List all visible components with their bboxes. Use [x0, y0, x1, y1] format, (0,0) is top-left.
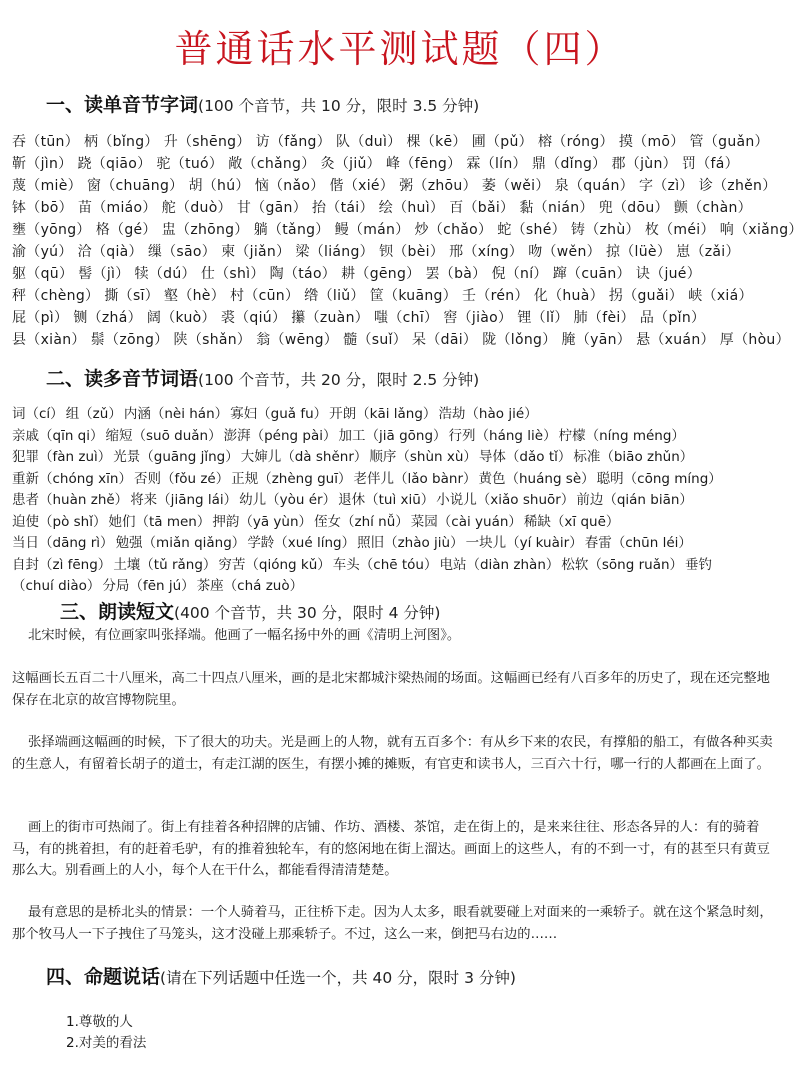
word-item: 肺（fèi） [574, 310, 635, 326]
word-item: 撕（sī） [104, 288, 159, 304]
topic-list: 1.尊敬的人 2.对美的看法 [66, 1012, 146, 1054]
word-item: 陶（táo） [270, 266, 336, 282]
word-row: 当日（dāng rì）勉强（miǎn qiǎng）学龄（xué líng）照旧（… [12, 533, 800, 555]
word-item: 甘（gān） [237, 200, 307, 216]
word-item: 腌（yān） [562, 332, 632, 348]
word-item: 鬃（zōng） [91, 332, 169, 348]
word-item: 大婶儿（dà shěnr） [241, 449, 368, 465]
word-item: 澎湃（péng pài） [224, 428, 337, 444]
passage: 画上的街市可热闹了。街上有挂着各种招牌的店铺、作坊、酒楼、茶馆，走在街上的，是来… [12, 817, 782, 882]
word-item: 胡（hú） [188, 178, 249, 194]
word-item: 队（duì） [336, 134, 401, 150]
word-item: 圃（pǔ） [472, 134, 533, 150]
word-row: 躯（qū）髻（jì）犊（dú）仕（shì）陶（táo）耕（gēng）罢（bà）倪… [12, 263, 800, 285]
word-item: 翁（wēng） [256, 332, 338, 348]
word-item: 穷苦（qióng kǔ） [218, 557, 330, 573]
page-title: 普通话水平测试题（四） [0, 18, 800, 73]
word-item: 罚（fá） [682, 156, 739, 172]
word-item: 屁（pì） [12, 310, 68, 326]
word-item: 鼎（dǐng） [532, 156, 607, 172]
word-item: 窖（jiào） [443, 310, 512, 326]
section1-subtitle: (100 个音节，共 10 分，限时 3.5 分钟) [198, 97, 479, 115]
word-item: 寡妇（guǎ fu） [230, 406, 327, 422]
word-item: 霖（lín） [466, 156, 526, 172]
word-item: 峰（fēng） [386, 156, 461, 172]
word-item: 呆（dāi） [412, 332, 477, 348]
word-item: 松软（sōng ruǎn） [561, 557, 683, 573]
passage-paragraph: 北宋时候，有位画家叫张择端。他画了一幅名扬中外的画《清明上河图》。 [12, 625, 782, 647]
word-item: 标准（biāo zhǔn） [573, 449, 693, 465]
word-item: 导体（dǎo tǐ） [479, 449, 571, 465]
word-item: 老伴儿（lǎo bànr） [353, 471, 476, 487]
word-item: 渝（yú） [12, 244, 73, 260]
word-item: 掠（lüè） [606, 244, 671, 260]
word-item: 攥（zuàn） [291, 310, 369, 326]
word-item: 邢（xíng） [449, 244, 523, 260]
word-item: 黄色（huáng sè） [479, 471, 595, 487]
word-item: 正规（zhèng guī） [231, 471, 351, 487]
word-item: 仕（shì） [201, 266, 265, 282]
word-item: 崽（zǎi） [676, 244, 740, 260]
word-item: 缩短（suō duǎn） [106, 428, 222, 444]
word-item: 加工（jiā gōng） [339, 428, 447, 444]
word-item: 陇（lǒng） [482, 332, 556, 348]
word-item: 钵（bō） [12, 200, 73, 216]
word-item: 勉强（miǎn qiǎng） [116, 535, 246, 551]
word-item: 绺（liǔ） [304, 288, 364, 304]
word-item: 壬（rén） [462, 288, 529, 304]
word-item: 柬（jiǎn） [221, 244, 290, 260]
word-item: 吻（wěn） [528, 244, 601, 260]
word-row: 重新（chóng xīn）否则（fǒu zé）正规（zhèng guī）老伴儿（… [12, 469, 800, 491]
section1-heading: 一、读单音节字词(100 个音节，共 10 分，限时 3.5 分钟) [46, 90, 479, 117]
word-item: 鳗（mán） [335, 222, 410, 238]
word-item: 萎（wěi） [482, 178, 550, 194]
word-row: 靳（jìn）跷（qiāo）驼（tuó）敞（chǎng）灸（jiǔ）峰（fēng）… [12, 153, 800, 175]
word-row: 壅（yōng）格（gé）盅（zhōng）躺（tǎng）鳗（mán）炒（chǎo）… [12, 219, 800, 241]
word-row: 患者（huàn zhě）将来（jiāng lái）幼儿（yòu ér）退休（tu… [12, 490, 800, 512]
word-item: 锂（lǐ） [517, 310, 568, 326]
section2-word-grid: 词（cí）组（zǔ）内涵（nèi hán）寡妇（guǎ fu）开朗（kāi lǎ… [12, 404, 800, 598]
section2-title: 二、读多音节词语 [46, 368, 198, 390]
word-item: 将来（jiāng lái） [130, 492, 237, 508]
word-item: 枚（méi） [645, 222, 715, 238]
word-item: 格（gé） [96, 222, 157, 238]
passage-paragraph: 画上的街市可热闹了。街上有挂着各种招牌的店铺、作坊、酒楼、茶馆，走在街上的，是来… [12, 817, 782, 882]
word-item: 粥（zhōu） [399, 178, 477, 194]
section2-heading: 二、读多音节词语(100 个音节，共 20 分，限时 2.5 分钟) [46, 364, 479, 391]
word-item: 灸（jiǔ） [321, 156, 381, 172]
word-item: 一块儿（yí kuàir） [466, 535, 583, 551]
word-item: 榕（róng） [538, 134, 614, 150]
word-item: 柄（bǐng） [84, 134, 159, 150]
word-item: 吞（tūn） [12, 134, 79, 150]
word-item: 车头（chē tóu） [333, 557, 438, 573]
word-item: 学龄（xué líng） [247, 535, 355, 551]
word-row: 秤（chèng）撕（sī）壑（hè）村（cūn）绺（liǔ）筐（kuāng）壬（… [12, 285, 800, 307]
word-item: （chuí diào） [12, 578, 100, 594]
passage-paragraph: 最有意思的是桥北头的情景：一个人骑着马，正往桥下走。因为人太多，眼看就要碰上对面… [12, 902, 782, 945]
word-item: 浩劫（hào jié） [438, 406, 537, 422]
word-row: 蔑（miè）窗（chuāng）胡（hú）恼（nǎo）偕（xié）粥（zhōu）萎… [12, 175, 800, 197]
word-item: 蛇（shé） [497, 222, 566, 238]
word-item: 耕（gēng） [341, 266, 420, 282]
word-item: 小说儿（xiǎo shuōr） [436, 492, 574, 508]
word-item: 春雷（chūn léi） [585, 535, 692, 551]
passage: 这幅画长五百二十八厘米，高二十四点八厘米，画的是北宋都城汴梁热闹的场面。这幅画已… [12, 668, 782, 711]
word-item: 厚（hòu） [720, 332, 790, 348]
word-item: 聪明（cōng míng） [597, 471, 722, 487]
word-item: 她们（tā men） [108, 514, 210, 530]
word-item: 壅（yōng） [12, 222, 91, 238]
word-item: 品（pǐn） [640, 310, 705, 326]
section2-subtitle: (100 个音节，共 20 分，限时 2.5 分钟) [198, 371, 479, 389]
word-item: 跷（qiāo） [77, 156, 151, 172]
section4-title: 四、命题说话 [46, 966, 160, 988]
word-item: 钡（bèi） [379, 244, 444, 260]
word-item: 倪（ní） [491, 266, 547, 282]
word-item: 秤（chèng） [12, 288, 99, 304]
word-item: 土壤（tǔ rǎng） [113, 557, 216, 573]
word-item: 内涵（nèi hán） [124, 406, 228, 422]
word-item: 偕（xié） [330, 178, 395, 194]
topic-item: 2.对美的看法 [66, 1033, 146, 1054]
word-row: 自封（zì fēng）土壤（tǔ rǎng）穷苦（qióng kǔ）车头（chē… [12, 555, 800, 577]
word-item: 光景（guāng jǐng） [113, 449, 238, 465]
word-item: 百（bǎi） [449, 200, 514, 216]
word-item: 敞（chǎng） [228, 156, 315, 172]
word-item: 升（shēng） [164, 134, 251, 150]
word-item: 峡（xiá） [688, 288, 753, 304]
word-item: 黏（nián） [519, 200, 593, 216]
word-row: 渝（yú）洽（qià）缫（sāo）柬（jiǎn）梁（liáng）钡（bèi）邢（… [12, 241, 800, 263]
section4-subtitle: (请在下列话题中任选一个，共 40 分，限时 3 分钟) [160, 969, 516, 987]
word-item: 髓（suǐ） [343, 332, 407, 348]
word-item: 化（huà） [534, 288, 604, 304]
word-item: 患者（huàn zhě） [12, 492, 128, 508]
passage: 最有意思的是桥北头的情景：一个人骑着马，正往桥下走。因为人太多，眼看就要碰上对面… [12, 902, 782, 945]
word-item: 村（cūn） [230, 288, 299, 304]
word-item: 访（fǎng） [256, 134, 331, 150]
word-item: 兜（dōu） [599, 200, 669, 216]
word-item: 舵（duò） [162, 200, 232, 216]
topic-item: 1.尊敬的人 [66, 1012, 146, 1033]
word-item: 靳（jìn） [12, 156, 72, 172]
word-item: 缫（sāo） [148, 244, 216, 260]
word-item: 诊（zhěn） [699, 178, 777, 194]
word-item: 管（guǎn） [690, 134, 769, 150]
word-item: 陕（shǎn） [174, 332, 252, 348]
word-item: 窗（chuāng） [87, 178, 183, 194]
section1-title: 一、读单音节字词 [46, 94, 198, 116]
word-row: 吞（tūn）柄（bǐng）升（shēng）访（fǎng）队（duì）棵（kē）圃… [12, 131, 800, 153]
word-item: 苗（miáo） [78, 200, 157, 216]
word-item: 盅（zhōng） [162, 222, 249, 238]
word-item: 绘（huì） [379, 200, 444, 216]
word-item: 词（cí） [12, 406, 64, 422]
word-item: 蔑（miè） [12, 178, 82, 194]
word-item: 洽（qià） [78, 244, 143, 260]
word-item: 当日（dāng rì） [12, 535, 114, 551]
word-item: 抬（tái） [312, 200, 374, 216]
word-item: 分局（fēn jú） [102, 578, 194, 594]
word-row: 钵（bō）苗（miáo）舵（duò）甘（gān）抬（tái）绘（huì）百（bǎ… [12, 197, 800, 219]
word-item: 前边（qián biān） [576, 492, 693, 508]
passage-paragraph: 这幅画长五百二十八厘米，高二十四点八厘米，画的是北宋都城汴梁热闹的场面。这幅画已… [12, 668, 782, 711]
word-item: 字（zì） [639, 178, 694, 194]
passage: 北宋时候，有位画家叫张择端。他画了一幅名扬中外的画《清明上河图》。 [12, 625, 782, 647]
word-item: 悬（xuán） [636, 332, 715, 348]
word-item: 押韵（yā yùn） [212, 514, 312, 530]
word-item: 棵（kē） [406, 134, 466, 150]
word-item: 诀（jué） [636, 266, 701, 282]
word-item: 开朗（kāi lǎng） [329, 406, 436, 422]
word-item: 躺（tǎng） [254, 222, 330, 238]
word-item: 嗤（chī） [374, 310, 438, 326]
word-row: 词（cí）组（zǔ）内涵（nèi hán）寡妇（guǎ fu）开朗（kāi lǎ… [12, 404, 800, 426]
word-item: 否则（fǒu zé） [134, 471, 229, 487]
word-item: 侄女（zhí nǚ） [314, 514, 409, 530]
word-item: 电站（diàn zhàn） [439, 557, 559, 573]
word-item: 筐（kuāng） [370, 288, 457, 304]
section1-word-grid: 吞（tūn）柄（bǐng）升（shēng）访（fǎng）队（duì）棵（kē）圃… [12, 131, 800, 351]
passage: 张择端画这幅画的时候，下了很大的功夫。光是画上的人物，就有五百多个：有从乡下来的… [12, 732, 782, 775]
word-item: 犊（dú） [135, 266, 196, 282]
word-item: 退休（tuì xiū） [338, 492, 434, 508]
passage-paragraph: 张择端画这幅画的时候，下了很大的功夫。光是画上的人物，就有五百多个：有从乡下来的… [12, 732, 782, 775]
word-item: 行列（háng liè） [449, 428, 557, 444]
word-item: 梁（liáng） [295, 244, 374, 260]
word-row: 亲戚（qīn qi）缩短（suō duǎn）澎湃（péng pài）加工（jiā… [12, 426, 800, 448]
word-item: 幼儿（yòu ér） [239, 492, 336, 508]
word-item: 蹿（cuān） [553, 266, 631, 282]
word-item: 垂钓 [685, 557, 712, 573]
word-row: （chuí diào）分局（fēn jú）茶座（chá zuò） [12, 576, 800, 598]
section3-subtitle: (400 个音节，共 30 分，限时 4 分钟) [174, 604, 440, 622]
word-item: 铡（zhá） [73, 310, 142, 326]
word-item: 自封（zì fēng） [12, 557, 111, 573]
word-item: 迫使（pò shǐ） [12, 514, 106, 530]
word-item: 颤（chàn） [674, 200, 752, 216]
word-item: 郡（jùn） [611, 156, 676, 172]
word-item: 泉（quán） [555, 178, 634, 194]
word-row: 迫使（pò shǐ）她们（tā men）押韵（yā yùn）侄女（zhí nǚ）… [12, 512, 800, 534]
word-item: 亲戚（qīn qi） [12, 428, 104, 444]
word-item: 县（xiàn） [12, 332, 86, 348]
word-item: 稀缺（xī quē） [524, 514, 619, 530]
section3-heading: 三、朗读短文(400 个音节，共 30 分，限时 4 分钟) [60, 597, 440, 624]
word-item: 铸（zhù） [571, 222, 640, 238]
word-item: 照旧（zhào jiù） [357, 535, 464, 551]
word-item: 躯（qū） [12, 266, 73, 282]
section3-title: 三、朗读短文 [60, 601, 174, 623]
word-row: 犯罪（fàn zuì）光景（guāng jǐng）大婶儿（dà shěnr）顺序… [12, 447, 800, 469]
word-item: 犯罪（fàn zuì） [12, 449, 111, 465]
word-item: 柠檬（níng méng） [559, 428, 685, 444]
word-item: 炒（chǎo） [415, 222, 493, 238]
word-item: 茶座（chá zuò） [197, 578, 303, 594]
word-item: 组（zǔ） [66, 406, 122, 422]
word-item: 罢（bà） [425, 266, 486, 282]
word-item: 阔（kuò） [147, 310, 216, 326]
word-item: 裘（qiú） [221, 310, 286, 326]
word-item: 驼（tuó） [156, 156, 223, 172]
word-item: 拐（guǎi） [609, 288, 683, 304]
word-item: 菜园（cài yuán） [411, 514, 522, 530]
word-item: 恼（nǎo） [255, 178, 325, 194]
word-item: 响（xiǎng） [720, 222, 800, 238]
word-row: 屁（pì）铡（zhá）阔（kuò）裘（qiú）攥（zuàn）嗤（chī）窖（ji… [12, 307, 800, 329]
word-item: 重新（chóng xīn） [12, 471, 132, 487]
word-item: 壑（hè） [164, 288, 225, 304]
word-item: 髻（jì） [78, 266, 129, 282]
section4-heading: 四、命题说话(请在下列话题中任选一个，共 40 分，限时 3 分钟) [46, 962, 516, 989]
word-item: 顺序（shùn xù） [369, 449, 477, 465]
word-item: 摸（mō） [619, 134, 685, 150]
word-row: 县（xiàn）鬃（zōng）陕（shǎn）翁（wēng）髓（suǐ）呆（dāi）… [12, 329, 800, 351]
